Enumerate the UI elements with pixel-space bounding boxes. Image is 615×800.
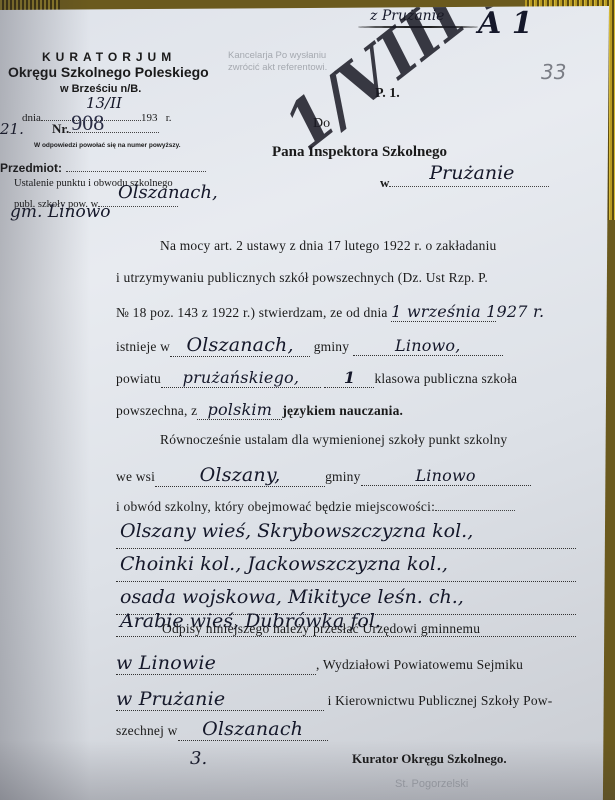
p1-gmina-handwritten: Linowo, [395, 336, 461, 355]
recipient-place-row: wPrużanie [380, 172, 549, 191]
year-suffix: r. [166, 112, 172, 124]
p3-gmina-office-field: w Linowie [116, 652, 316, 675]
p1-line5-suffix: klasowa publiczna szkoła [374, 371, 517, 386]
p2-village-handwritten: Olszany, [200, 464, 281, 486]
p1-line3-prefix: № 18 poz. 143 z 1922 r.) stwierdzam, ze … [116, 305, 388, 320]
p1-gmina-label: gminy [314, 339, 350, 354]
p3-school-handwritten: Olszanach [202, 718, 303, 740]
p2-line3-field [435, 496, 515, 511]
p1-powiat-handwritten: prużańskiego, [183, 368, 300, 387]
p3-line4: szechnej wOlszanach [116, 718, 328, 741]
recipient-place-handwritten: Prużanie [429, 162, 514, 184]
p3-sejmik-field: w Prużanie [116, 688, 324, 711]
p1-line1: Na mocy art. 2 ustawy z dnia 17 lutego 1… [160, 238, 496, 254]
p3-line2-suffix: , Wydziałowi Powiatowemu Sejmiku [316, 657, 523, 672]
p2-hw-text-2: Choinki kol., Jackowszczyzna kol., [120, 553, 448, 575]
p1-line6-prefix: powszechna, z [116, 403, 197, 418]
p1-date-handwritten: 1 września 1927 r. [391, 302, 544, 321]
p2-gmina-handwritten: Linowo [415, 466, 475, 485]
p1-line2: i utrzymywaniu publicznych szkół powszec… [116, 270, 488, 286]
p1-line4-prefix: istnieje w [116, 339, 170, 354]
recipient-title: Pana Inspektora Szkolnego [272, 144, 447, 161]
stamp-top-line1: Kancelarja Po wysłaniu [228, 50, 326, 61]
p1-line6: powszechna, zpolskimjęzykiem nauczania. [116, 400, 403, 420]
p1-line5-prefix: powiatu [116, 371, 161, 386]
p1-line3: № 18 poz. 143 z 1922 r.) stwierdzam, ze … [116, 302, 496, 322]
subject-handwritten-place: Olszanach, [118, 182, 218, 203]
p3-line2: w Linowie, Wydziałowi Powiatowemu Sejmik… [116, 652, 523, 675]
p1-lang-handwritten: polskim [208, 400, 273, 419]
p1-lang-field: polskim [197, 400, 282, 420]
p1-powiat-field: prużańskiego, [161, 368, 321, 388]
p3-line4-prefix: szechnej w [116, 723, 178, 738]
p3-school-field: Olszanach [178, 718, 328, 741]
p1-line5: powiatuprużańskiego, 1klasowa publiczna … [116, 368, 517, 388]
p2-hw-line-1: Olszany wieś, Skrybowszczyzna kol., [116, 518, 576, 549]
p2-line3-text: i obwód szkolny, który obejmować będzie … [116, 499, 435, 514]
p1-class-handwritten: 1 [344, 368, 355, 387]
p3-line1: Odpisy niniejszego należy przesłać Urzęd… [162, 621, 480, 637]
p1-place-field: Olszanach, [170, 334, 310, 357]
p2-hw-text-3: osada wojskowa, Mikityce leśn. ch., [120, 586, 464, 608]
p3-sejmik-handwritten: w Prużanie [116, 688, 225, 710]
p1-gmina-field: Linowo, [353, 336, 503, 356]
p2-line1: Równocześnie ustalam dla wymienionej szk… [160, 432, 507, 448]
p2-line2-prefix: we wsi [116, 469, 155, 484]
p2-line2: we wsiOlszany,gminyLinowo [116, 464, 531, 487]
document-page: KURATORJUM Okręgu Szkolnego Poleskiego w… [0, 6, 609, 800]
p3-line3-suffix: i Kierownictwu Publicznej Szkoły Pow- [328, 693, 553, 708]
photo-shadow-bottom [0, 740, 615, 800]
p1-place-handwritten: Olszanach, [187, 334, 294, 356]
p3-line3: w Prużanie i Kierownictwu Publicznej Szk… [116, 688, 552, 711]
p2-hw-text-1: Olszany wieś, Skrybowszczyzna kol., [120, 520, 473, 542]
p3-gmina-office-handwritten: w Linowie [116, 652, 216, 674]
photo-shadow-left [0, 0, 90, 800]
p2-gmina-field: Linowo [361, 466, 531, 486]
p2-line3: i obwód szkolny, który obejmować będzie … [116, 496, 515, 515]
p2-hw-line-2: Choinki kol., Jackowszczyzna kol., [116, 551, 576, 582]
recipient-w-label: w [380, 175, 389, 190]
p1-date-field: 1 września 1927 r. [391, 302, 496, 322]
p2-gmina-label: gminy [325, 469, 361, 484]
p2-village-field: Olszany, [155, 464, 325, 487]
recipient-place-field: Prużanie [389, 172, 549, 187]
p1-line6-suffix: językiem nauczania. [282, 403, 403, 418]
p1-class-field: 1 [324, 368, 374, 388]
page-number: 33 [541, 60, 566, 84]
p1-line4: istnieje wOlszanach, gminy Linowo, [116, 334, 503, 357]
